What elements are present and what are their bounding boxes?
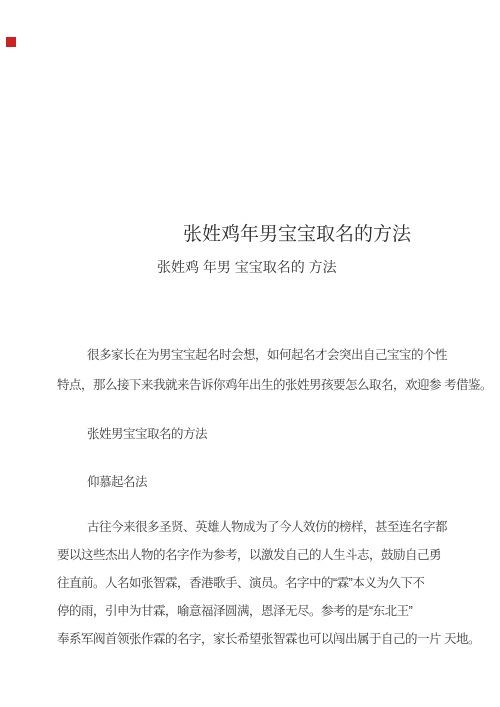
document-page: 张姓鸡年男宝宝取名的方法 张姓鸡 年男 宝宝取名的 方法 很多家长在为男宝宝起名… [0,0,500,707]
body-line: 奉系军阀首领张作霖的名字，家长希望张智霖也可以闯出属于自己的一片 天地。 [57,631,480,647]
body-line: 要以这些杰出人物的名字作为参考，以激发自己的人生斗志，鼓励自己勇 [57,547,441,563]
body-line: 古往今来很多圣贤、英雄人物成为了今人效仿的榜样，甚至连名字都 [87,519,447,535]
document-title: 张姓鸡年男宝宝取名的方法 [183,223,411,247]
sub-heading: 仰慕起名法 [87,474,147,490]
intro-line: 特点，那么接下来我就来告诉你鸡年出生的张姓男孩要怎么取名，欢迎参 考借鉴。 [57,377,492,393]
body-line: 停的雨，引申为甘霖，喻意福泽圆满，恩泽无尽。参考的是“东北王” [57,603,412,619]
page-corner-marker [6,37,16,47]
intro-line: 很多家长在为男宝宝起名时会想，如何起名才会突出自己宝宝的个性 [87,347,447,363]
document-subtitle: 张姓鸡 年男 宝宝取名的 方法 [157,258,337,276]
body-line: 往直前。人名如张智霖，香港歌手、演员。名字中的“霖”本义为久下不 [57,575,424,591]
section-heading: 张姓男宝宝取名的方法 [87,426,207,442]
